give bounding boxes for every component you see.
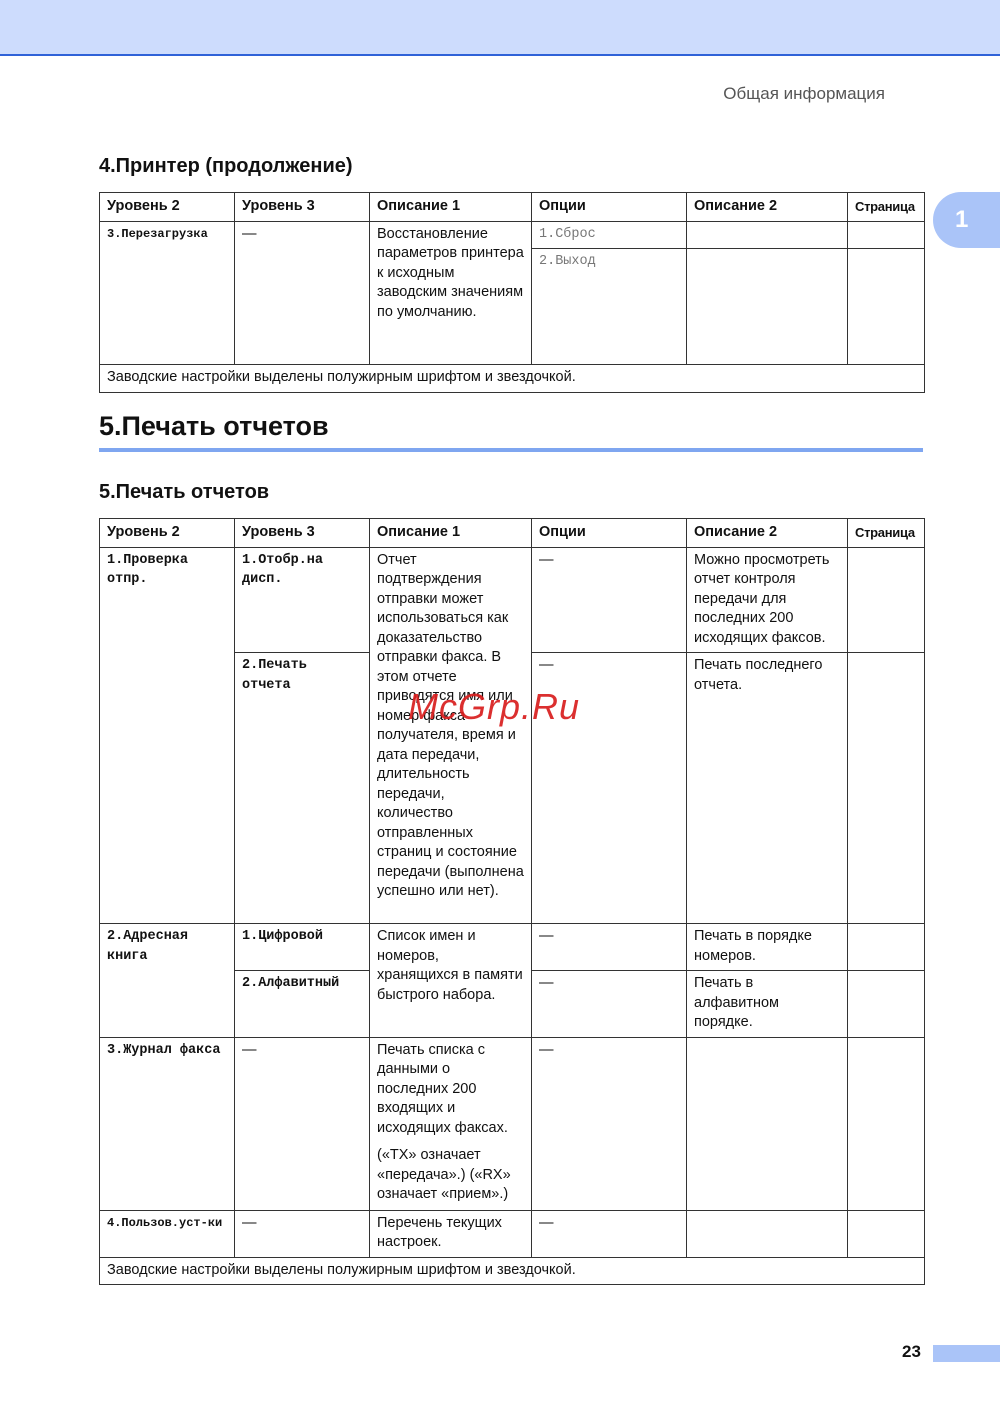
desc2-cell [687,1037,848,1210]
footnote-row: Заводские настройки выделены полужирным … [100,1257,925,1285]
col-header-desc1: Описание 1 [370,519,532,548]
desc2-cell [687,1210,848,1257]
col-header-level3: Уровень 3 [235,519,370,548]
table-header-row: Уровень 2 Уровень 3 Описание 1 Опции Опи… [100,193,925,222]
option-cell: — [532,1037,687,1210]
desc2-cell: Можно просмотреть отчет контроля передач… [687,547,848,653]
chapter-number: 1 [955,206,968,234]
desc1-cell: Восстановление параметров принтера к исх… [370,221,532,365]
section-divider [99,448,923,452]
section5-title: 5.Печать отчетов [99,411,329,442]
desc2-cell [687,249,848,365]
watermark: McGrp.Ru [408,686,580,728]
desc1-note: («TX» означает «передача».) («RX» означа… [377,1146,524,1205]
page-cell [848,249,925,365]
col-header-level2: Уровень 2 [100,519,235,548]
section5-subtitle: 5.Печать отчетов [99,481,269,504]
table-row: 3.Перезагрузка — Восстановление параметр… [100,221,925,249]
level3-cell: 1.Цифровой [235,924,370,971]
table-row: 4.Пользов.уст-ки — Перечень текущих наст… [100,1210,925,1257]
footnote: Заводские настройки выделены полужирным … [100,1257,925,1285]
printer-settings-table: Уровень 2 Уровень 3 Описание 1 Опции Опи… [99,192,925,393]
desc1-cell: Список имен и номеров, хранящихся в памя… [370,924,532,1038]
section4-subtitle: 4.Принтер (продолжение) [99,155,353,178]
col-header-page: Страница [848,193,925,222]
footnote-row: Заводские настройки выделены полужирным … [100,365,925,393]
page-cell [848,1037,925,1210]
level3-cell: 2.Печать отчета [235,653,370,924]
option-cell: 1.Сброс [532,221,687,249]
running-header: Общая информация [723,84,885,104]
table-row: 1.Проверка отпр. 1.Отобр.на дисп. Отчет … [100,547,925,653]
page-number: 23 [902,1342,921,1362]
desc1-cell: Отчет подтверждения отправки может испол… [370,547,532,924]
page-cell [848,221,925,249]
table-row: 2.Адресная книга 1.Цифровой Список имен … [100,924,925,971]
page-cell [848,971,925,1038]
col-header-options: Опции [532,193,687,222]
table-row: 3.Журнал факса — Печать списка с данными… [100,1037,925,1210]
page-cell [848,1210,925,1257]
footnote: Заводские настройки выделены полужирным … [100,365,925,393]
col-header-desc1: Описание 1 [370,193,532,222]
print-reports-table: Уровень 2 Уровень 3 Описание 1 Опции Опи… [99,518,925,1285]
option-cell: — [532,971,687,1038]
chapter-tab: 1 [933,192,1000,248]
level3-cell: 1.Отобр.на дисп. [235,547,370,653]
header-band [0,0,1000,56]
table-header-row: Уровень 2 Уровень 3 Описание 1 Опции Опи… [100,519,925,548]
level2-cell: 3.Журнал факса [100,1037,235,1210]
option-cell: — [532,547,687,653]
desc1-text: Печать списка с данными о последних 200 … [377,1041,524,1139]
level2-cell: 1.Проверка отпр. [100,547,235,924]
col-header-level2: Уровень 2 [100,193,235,222]
level2-cell: 3.Перезагрузка [100,221,235,365]
desc2-cell: Печать в порядке номеров. [687,924,848,971]
page-tab [933,1345,1000,1362]
level2-cell: 2.Адресная книга [100,924,235,1038]
option-cell: — [532,924,687,971]
desc2-cell: Печать последнего отчета. [687,653,848,924]
col-header-page: Страница [848,519,925,548]
desc2-cell: Печать в алфавитном порядке. [687,971,848,1038]
level2-cell: 4.Пользов.уст-ки [100,1210,235,1257]
level3-cell: — [235,1210,370,1257]
col-header-level3: Уровень 3 [235,193,370,222]
page-cell [848,547,925,653]
option-cell: 2.Выход [532,249,687,365]
page-cell [848,924,925,971]
col-header-options: Опции [532,519,687,548]
desc2-cell [687,221,848,249]
level3-cell: 2.Алфавитный [235,971,370,1038]
desc1-cell: Перечень текущих настроек. [370,1210,532,1257]
page-cell [848,653,925,924]
desc1-cell: Печать списка с данными о последних 200 … [370,1037,532,1210]
option-cell: — [532,1210,687,1257]
level3-cell: — [235,1037,370,1210]
level3-cell: — [235,221,370,365]
col-header-desc2: Описание 2 [687,193,848,222]
col-header-desc2: Описание 2 [687,519,848,548]
